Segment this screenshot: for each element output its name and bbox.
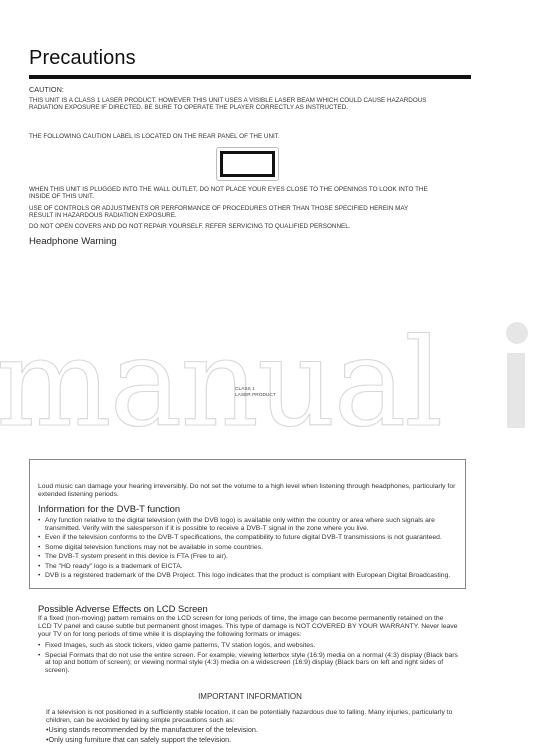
title-rule bbox=[29, 75, 471, 79]
list-item: Even if the television conforms to the D… bbox=[38, 534, 458, 542]
caution-paragraph: THE FOLLOWING CAUTION LABEL IS LOCATED O… bbox=[29, 133, 429, 140]
caution-label-image bbox=[216, 147, 279, 181]
lcd-heading: Possible Adverse Effects on LCD Screen bbox=[38, 603, 208, 614]
watermark-logo: manual bbox=[0, 305, 533, 435]
list-item: Using stands recommended by the manufact… bbox=[46, 726, 466, 734]
important-paragraph: If a television is not positioned in a s… bbox=[46, 709, 466, 725]
list-item: The "HD ready" logo is a trademark of EI… bbox=[38, 563, 458, 571]
caution-heading: CAUTION: bbox=[29, 85, 64, 94]
list-item: Special Formats that do not use the enti… bbox=[38, 652, 458, 675]
list-item: Some digital television functions may no… bbox=[38, 544, 458, 552]
list-item: Fixed Images, such as stock tickers, vid… bbox=[38, 642, 458, 650]
lcd-paragraph: If a fixed (non-moving) pattern remains … bbox=[38, 615, 458, 639]
list-item: Only using furniture that can safely sup… bbox=[46, 736, 466, 744]
headphone-warning-heading: Headphone Warning bbox=[29, 236, 117, 247]
page-title: Precautions bbox=[29, 47, 136, 70]
svg-text:manual: manual bbox=[0, 312, 441, 435]
lcd-list: Fixed Images, such as stock tickers, vid… bbox=[38, 642, 458, 676]
caution-paragraph: THIS UNIT IS A CLASS 1 LASER PRODUCT. HO… bbox=[29, 97, 429, 112]
dvb-list: Any function relative to the digital tel… bbox=[38, 517, 458, 582]
label-line-2: LASER PRODUCT bbox=[235, 393, 276, 399]
caution-paragraph: USE OF CONTROLS OR ADJUSTMENTS OR PERFOR… bbox=[29, 205, 429, 220]
important-heading: IMPORTANT INFORMATION bbox=[0, 692, 500, 701]
caution-label-frame bbox=[220, 151, 275, 177]
list-item: The DVB-T system present in this device … bbox=[38, 553, 458, 561]
caution-paragraph: DO NOT OPEN COVERS AND DO NOT REPAIR YOU… bbox=[29, 223, 429, 230]
list-item: Any function relative to the digital tel… bbox=[38, 517, 458, 532]
list-item: DVB is a registered trademark of the DVB… bbox=[38, 572, 458, 580]
dvb-heading: Information for the DVB-T function bbox=[38, 503, 180, 514]
headphone-warning-text: Loud music can damage your hearing irrev… bbox=[38, 483, 458, 499]
caution-paragraph: WHEN THIS UNIT IS PLUGGED INTO THE WALL … bbox=[29, 186, 429, 201]
important-list: Using stands recommended by the manufact… bbox=[46, 726, 466, 747]
laser-class-label: CLASS 1 LASER PRODUCT bbox=[235, 387, 276, 399]
